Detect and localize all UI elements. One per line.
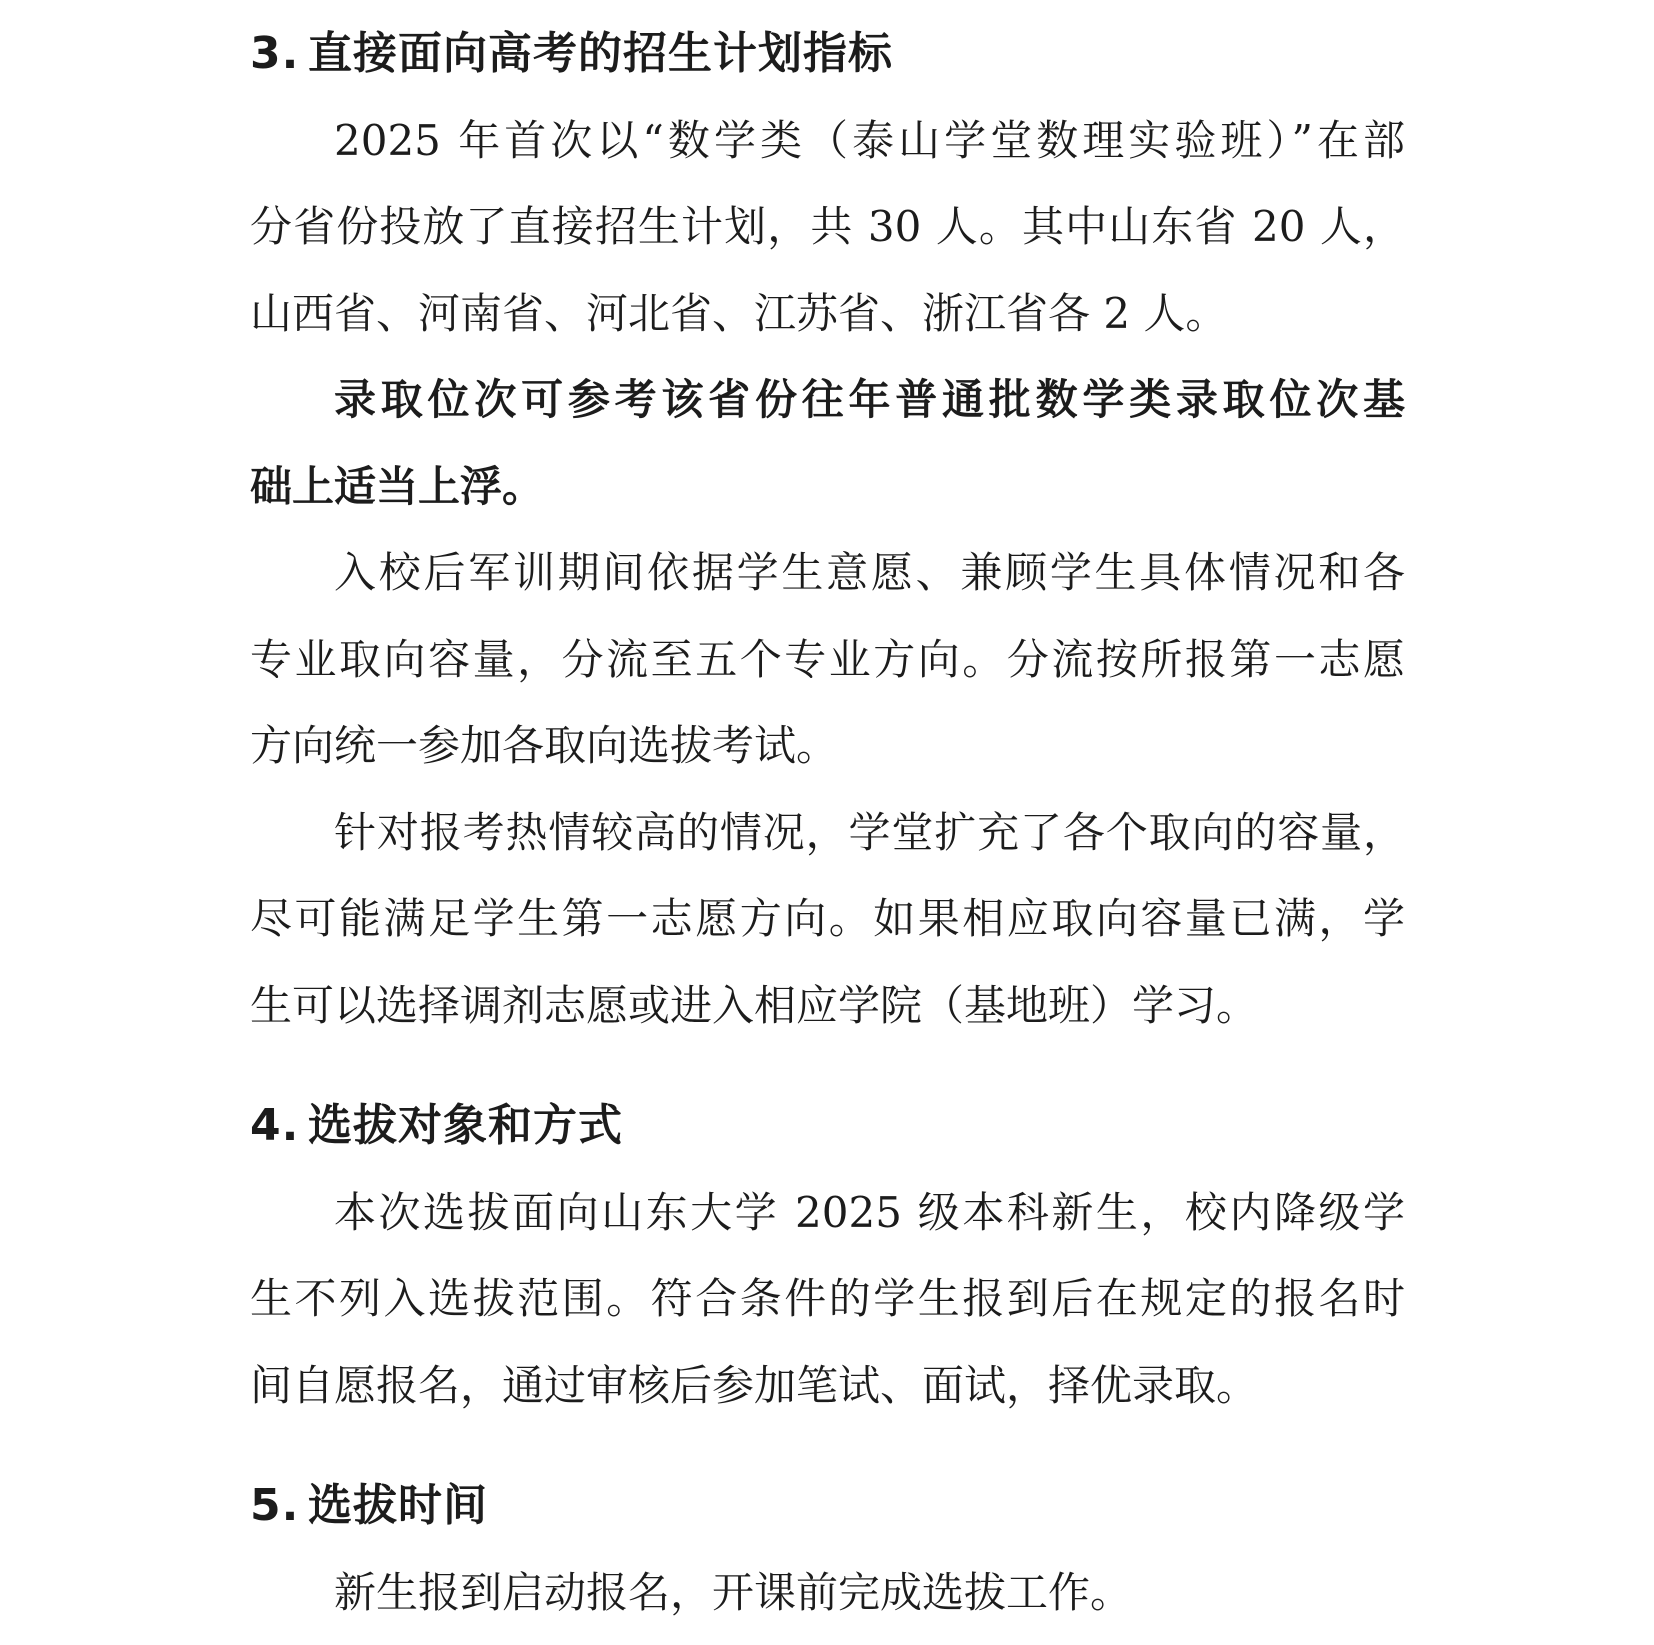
text-line: 分省份投放了直接招生计划，共 30 人。其中山东省 20 人，	[250, 184, 1405, 271]
text-line: 2025 年首次以“数学类（泰山学堂数理实验班）”在部	[250, 98, 1405, 185]
document-page: 3.直接面向高考的招生计划指标 2025 年首次以“数学类（泰山学堂数理实验班）…	[0, 0, 1654, 1645]
heading-title: 选拔时间	[308, 1480, 488, 1531]
paragraph-enrollment-plan: 2025 年首次以“数学类（泰山学堂数理实验班）”在部 分省份投放了直接招生计划…	[250, 98, 1405, 358]
text-line: 生可以选择调剂志愿或进入相应学院（基地班）学习。	[250, 963, 1405, 1050]
text-line: 新生报到启动报名，开课前完成选拔工作。	[250, 1550, 1405, 1637]
text-line: 专业取向容量，分流至五个专业方向。分流按所报第一志愿	[250, 617, 1405, 704]
document-content: 3.直接面向高考的招生计划指标 2025 年首次以“数学类（泰山学堂数理实验班）…	[250, 11, 1405, 1636]
heading-number: 4.	[250, 1083, 308, 1170]
text-line: 尽可能满足学生第一志愿方向。如果相应取向容量已满，学	[250, 876, 1405, 963]
text-line: 础上适当上浮。	[250, 444, 1405, 531]
heading-section-3: 3.直接面向高考的招生计划指标	[250, 11, 1405, 98]
paragraph-major-split: 入校后军训期间依据学生意愿、兼顾学生具体情况和各 专业取向容量，分流至五个专业方…	[250, 530, 1405, 790]
heading-section-5: 5.选拔时间	[250, 1463, 1405, 1550]
heading-number: 3.	[250, 11, 308, 98]
text-line: 入校后军训期间依据学生意愿、兼顾学生具体情况和各	[250, 530, 1405, 617]
heading-number: 5.	[250, 1463, 308, 1550]
heading-title: 选拔对象和方式	[308, 1100, 623, 1151]
text-line: 方向统一参加各取向选拔考试。	[250, 703, 1405, 790]
heading-section-4: 4.选拔对象和方式	[250, 1083, 1405, 1170]
text-line: 间自愿报名，通过审核后参加笔试、面试，择优录取。	[250, 1343, 1405, 1430]
paragraph-rank-note: 录取位次可参考该省份往年普通批数学类录取位次基 础上适当上浮。	[250, 357, 1405, 530]
text-line: 本次选拔面向山东大学 2025 级本科新生，校内降级学	[250, 1170, 1405, 1257]
paragraph-selection-method: 本次选拔面向山东大学 2025 级本科新生，校内降级学 生不列入选拔范围。符合条…	[250, 1170, 1405, 1430]
text-line: 针对报考热情较高的情况，学堂扩充了各个取向的容量，	[250, 790, 1405, 877]
heading-title: 直接面向高考的招生计划指标	[308, 28, 893, 79]
text-line: 生不列入选拔范围。符合条件的学生报到后在规定的报名时	[250, 1256, 1405, 1343]
text-line: 录取位次可参考该省份往年普通批数学类录取位次基	[250, 357, 1405, 444]
paragraph-selection-time: 新生报到启动报名，开课前完成选拔工作。	[250, 1550, 1405, 1637]
paragraph-capacity: 针对报考热情较高的情况，学堂扩充了各个取向的容量， 尽可能满足学生第一志愿方向。…	[250, 790, 1405, 1050]
text-line: 山西省、河南省、河北省、江苏省、浙江省各 2 人。	[250, 271, 1405, 358]
